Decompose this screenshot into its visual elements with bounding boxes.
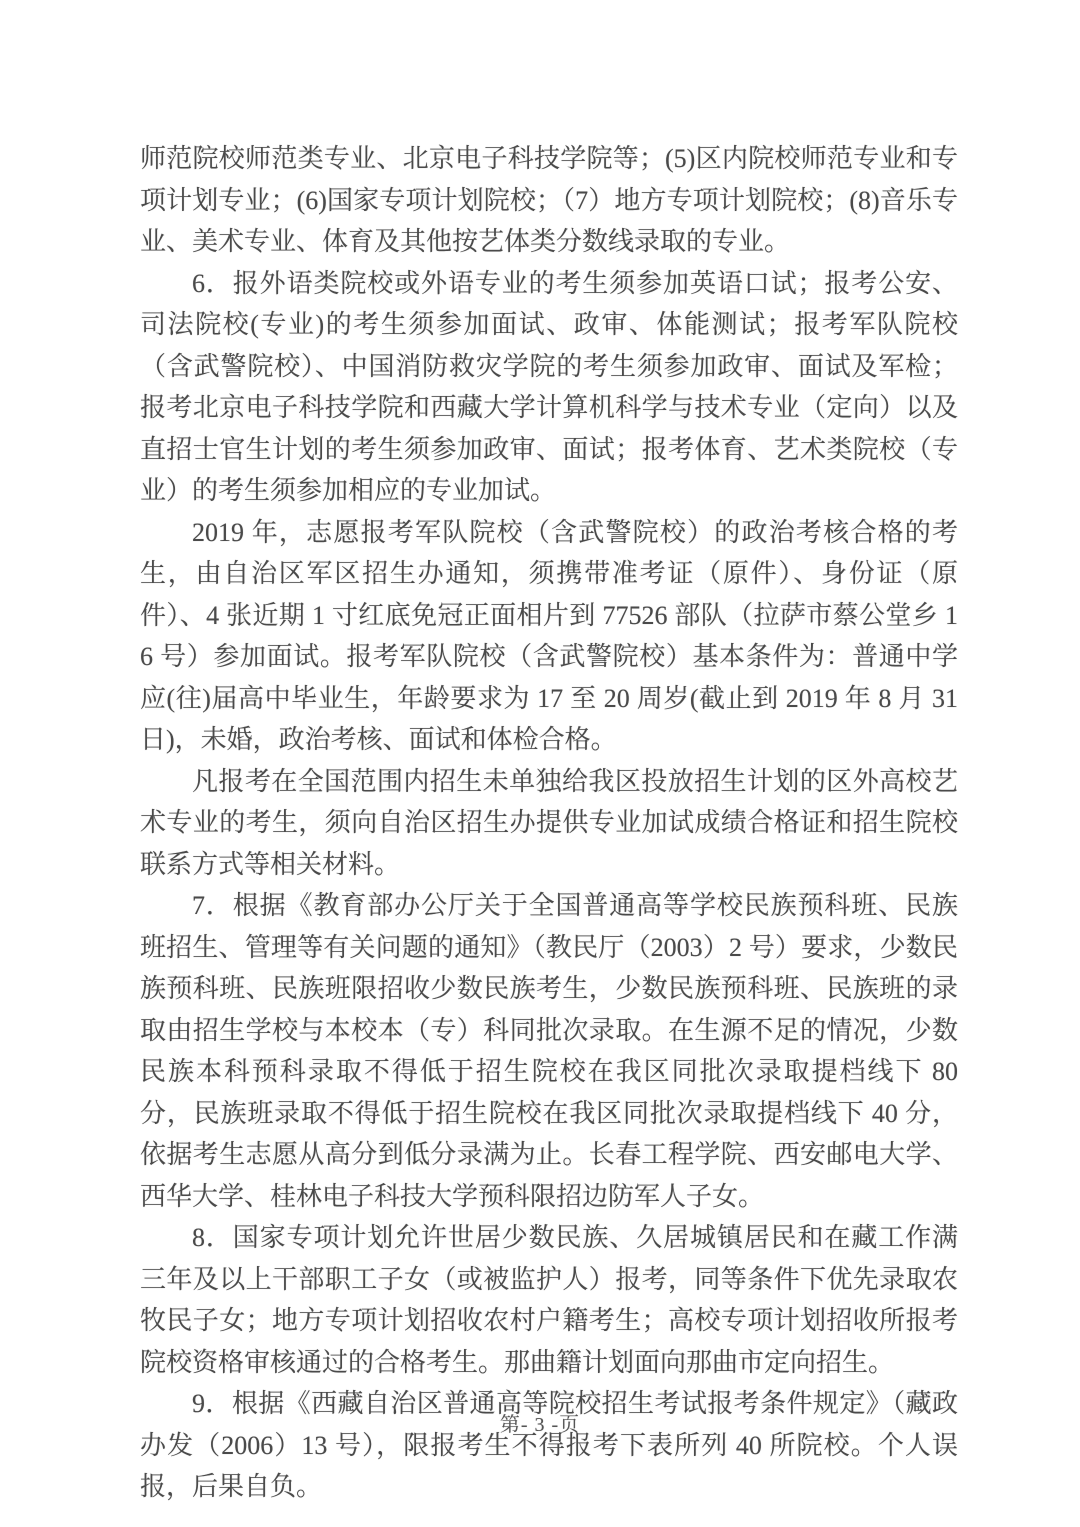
paragraph-continuation-admission-categories: 师范院校师范类专业、北京电子科技学院等；(5)区内院校师范专业和专项计划专业；(… bbox=[140, 138, 958, 263]
paragraph-item6-interview-requirements: 6．报外语类院校或外语专业的考生须参加英语口试；报考公安、司法院校(专业)的考生… bbox=[140, 263, 958, 512]
document-body: 师范院校师范类专业、北京电子科技学院等；(5)区内院校师范专业和专项计划专业；(… bbox=[140, 138, 958, 1508]
paragraph-art-major-materials: 凡报考在全国范围内招生未单独给我区投放招生计划的区外高校艺术专业的考生，须向自治… bbox=[140, 761, 958, 886]
paragraph-item8-special-plans: 8．国家专项计划允许世居少数民族、久居城镇居民和在藏工作满三年及以上干部职工子女… bbox=[140, 1217, 958, 1383]
document-page: 师范院校师范类专业、北京电子科技学院等；(5)区内院校师范专业和专项计划专业；(… bbox=[0, 0, 1080, 1527]
paragraph-2019-military-academy-interview: 2019 年，志愿报考军队院校（含武警院校）的政治考核合格的考生，由自治区军区招… bbox=[140, 512, 958, 761]
page-number-footer: 第- 3 -页 bbox=[0, 1408, 1080, 1437]
paragraph-item7-minority-preparatory-classes: 7．根据《教育部办公厅关于全国普通高等学校民族预科班、民族班招生、管理等有关问题… bbox=[140, 885, 958, 1217]
paragraph-item9-restricted-colleges: 9．根据《西藏自治区普通高等院校招生考试报考条件规定》（藏政办发（2006）13… bbox=[140, 1383, 958, 1508]
